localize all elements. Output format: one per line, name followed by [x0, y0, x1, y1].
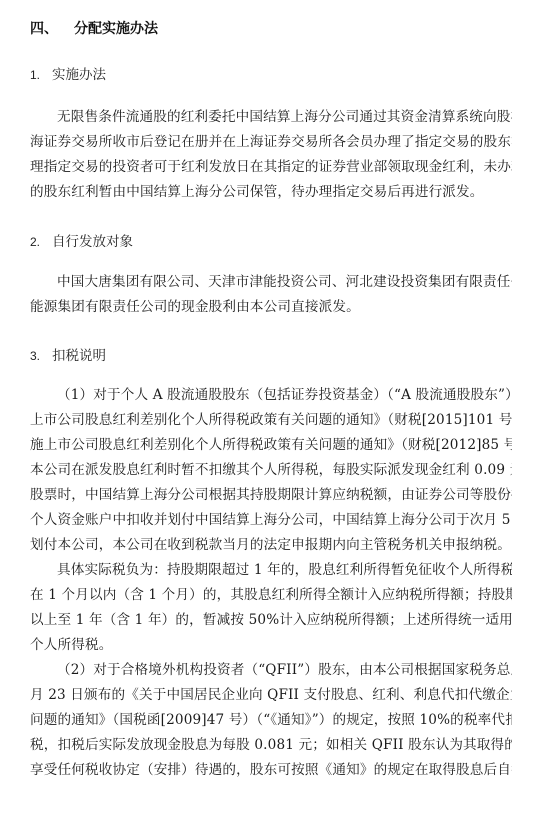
subsection-heading-3: 3.扣税说明 [30, 344, 106, 364]
text-line: 问题的通知》（国税函[2009]47 号）（“《通知》”）的规定，按照 10%的… [30, 708, 512, 733]
text-line: 中国大唐集团有限公司、天津市津能投资公司、河北建设投资集团有限责任公司及北京 [30, 270, 512, 295]
text-line: 海证券交易所收市后登记在册并在上海证券交易所各会员办理了指定交易的股东派发。已办 [30, 130, 512, 155]
section-heading: 四、分配实施办法 [30, 18, 158, 38]
subsection-heading-1: 1.实施办法 [30, 63, 106, 83]
section-number: 四、 [30, 18, 74, 38]
paragraph-implementation: 无限售条件流通股的红利委托中国结算上海分公司通过其资金清算系统向股权登记日上 海… [30, 105, 512, 205]
text-line: 的股东红利暂由中国结算上海分公司保管，待办理指定交易后再进行派发。 [30, 180, 512, 205]
text-line: 上市公司股息红利差别化个人所得税政策有关问题的通知》（财税[2015]101 号… [30, 408, 512, 433]
text-line: （2）对于合格境外机构投资者（“QFII”）股东，由本公司根据国家税务总局于 2… [30, 658, 512, 683]
paragraph-self-distribution: 中国大唐集团有限公司、天津市津能投资公司、河北建设投资集团有限责任公司及北京 能… [30, 270, 512, 320]
text-line: 个人资金账户中扣收并划付中国结算上海分公司，中国结算上海分公司于次月 5 个工作… [30, 508, 512, 533]
text-line: 具体实际税负为：持股期限超过 1 年的，股息红利所得暂免征收个人所得税；持股期限 [30, 558, 512, 583]
text-line: 在 1 个月以内（含 1 个月）的，其股息红利所得全额计入应纳税所得额；持股期限… [30, 583, 512, 608]
paragraph-tax-individual: （1）对于个人 A 股流通股股东（包括证券投资基金）（“A 股流通股股东”），根… [30, 383, 512, 783]
text-line: 税，扣税后实际发放现金股息为每股 0.081 元；如相关 QFII 股东认为其取… [30, 733, 512, 758]
section-title: 分配实施办法 [74, 21, 158, 37]
text-line: 理指定交易的投资者可于红利发放日在其指定的证券营业部领取现金红利，未办理指定交易 [30, 155, 512, 180]
subsection-heading-2: 2.自行发放对象 [30, 230, 133, 250]
text-line: 享受任何税收协定（安排）待遇的，股东可按照《通知》的规定在取得股息后自行向主管税 [30, 758, 512, 783]
text-line: 施上市公司股息红利差别化个人所得税政策有关问题的通知》（财税[2012]85 号… [30, 433, 512, 458]
document-page: 四、分配实施办法 1.实施办法 无限售条件流通股的红利委托中国结算上海分公司通过… [0, 0, 540, 820]
subsection-title: 实施办法 [52, 67, 106, 83]
text-line: 能源集团有限责任公司的现金股利由本公司直接派发。 [30, 295, 512, 320]
text-line: 以上至 1 年（含 1 年）的，暂减按 50%计入应纳税所得额；上述所得统一适用… [30, 608, 512, 633]
text-line: 股票时，中国结算上海分公司根据其持股期限计算应纳税额，由证券公司等股份托管机构从 [30, 483, 512, 508]
text-line: （1）对于个人 A 股流通股股东（包括证券投资基金）（“A 股流通股股东”），根… [30, 383, 512, 408]
text-line: 本公司在派发股息红利时暂不扣缴其个人所得税，每股实际派发现金红利 0.09 元，… [30, 458, 512, 483]
text-line: 无限售条件流通股的红利委托中国结算上海分公司通过其资金清算系统向股权登记日上 [30, 105, 512, 130]
text-line: 划付本公司，本公司在收到税款当月的法定申报期内向主管税务机关申报纳税。 [30, 533, 512, 558]
subsection-number: 1. [30, 68, 52, 82]
subsection-number: 3. [30, 349, 52, 363]
text-line: 个人所得税。 [30, 633, 512, 658]
text-line: 月 23 日颁布的《关于中国居民企业向 QFII 支付股息、红利、利息代扣代缴企… [30, 683, 512, 708]
subsection-title: 扣税说明 [52, 348, 106, 364]
subsection-title: 自行发放对象 [52, 234, 133, 250]
subsection-number: 2. [30, 235, 52, 249]
